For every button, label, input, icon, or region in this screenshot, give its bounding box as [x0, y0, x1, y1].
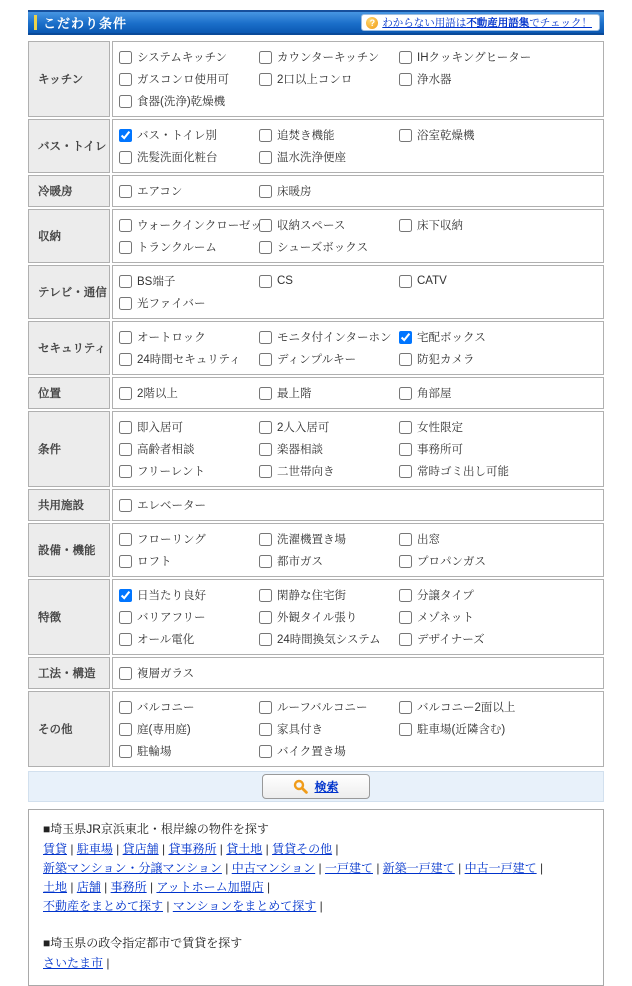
- condition-item[interactable]: フローリング: [119, 528, 259, 550]
- condition-item[interactable]: バルコニー: [119, 696, 259, 718]
- condition-item[interactable]: 24時間セキュリティ: [119, 348, 259, 370]
- condition-items: BS端子CSCATV光ファイバー: [112, 265, 604, 319]
- condition-checkbox[interactable]: [259, 533, 272, 546]
- condition-label: 駐車場(近隣含む): [417, 721, 505, 737]
- condition-checkbox[interactable]: [259, 555, 272, 568]
- condition-checkbox[interactable]: [399, 421, 412, 434]
- condition-checkbox[interactable]: [399, 533, 412, 546]
- footer-link[interactable]: さいたま市: [43, 956, 103, 970]
- condition-checkbox[interactable]: [259, 275, 272, 288]
- condition-label: 常時ゴミ出し可能: [417, 463, 509, 479]
- condition-item[interactable]: バイク置き場: [259, 740, 399, 762]
- criteria-row: キッチンシステムキッチンカウンターキッチンIHクッキングヒーターガスコンロ使用可…: [28, 41, 604, 117]
- condition-item[interactable]: システムキッチン: [119, 46, 259, 68]
- footer-link[interactable]: 中古一戸建て: [465, 861, 537, 875]
- condition-checkbox[interactable]: [259, 353, 272, 366]
- condition-label: 最上階: [277, 385, 312, 401]
- condition-checkbox[interactable]: [399, 73, 412, 86]
- condition-checkbox[interactable]: [399, 723, 412, 736]
- condition-items: フローリング洗濯機置き場出窓ロフト都市ガスプロパンガス: [112, 523, 604, 577]
- criteria-row: 収納ウォークインクローゼット収納スペース床下収納トランクルームシューズボックス: [28, 209, 604, 263]
- condition-items: バルコニールーフバルコニーバルコニー2面以上庭(専用庭)家具付き駐車場(近隣含む…: [112, 691, 604, 767]
- condition-checkbox[interactable]: [119, 331, 132, 344]
- condition-item[interactable]: オートロック: [119, 326, 259, 348]
- condition-item[interactable]: CS: [259, 270, 399, 292]
- condition-item[interactable]: 駐輪場: [119, 740, 259, 762]
- condition-label: ロフト: [137, 553, 172, 569]
- condition-label: 日当たり良好: [137, 587, 206, 603]
- link-separator: |: [163, 899, 173, 913]
- condition-item[interactable]: エレベーター: [119, 494, 259, 516]
- link-separator: |: [455, 861, 465, 875]
- link-separator: |: [222, 861, 232, 875]
- criteria-row: 設備・機能フローリング洗濯機置き場出窓ロフト都市ガスプロパンガス: [28, 523, 604, 577]
- condition-checkbox[interactable]: [119, 465, 132, 478]
- condition-checkbox[interactable]: [399, 353, 412, 366]
- footer-links-box: ■埼玉県JR京浜東北・根岸線の物件を探す賃貸 | 駐車場 | 貸店舗 | 貸事務…: [28, 809, 604, 986]
- condition-checkbox[interactable]: [259, 331, 272, 344]
- header-bar: こだわり条件 ? わからない用語は不動産用語集でチェック！: [28, 10, 604, 35]
- condition-checkbox[interactable]: [259, 73, 272, 86]
- footer-link[interactable]: 貸事務所: [168, 842, 216, 856]
- condition-checkbox[interactable]: [259, 387, 272, 400]
- footer-link-line: 新築マンション・分譲マンション | 中古マンション | 一戸建て | 新築一戸建…: [43, 859, 589, 878]
- category-label: 共用施設: [28, 489, 110, 521]
- condition-label: システムキッチン: [137, 49, 227, 65]
- condition-label: 浄水器: [417, 71, 452, 87]
- category-label: 条件: [28, 411, 110, 487]
- condition-label: CS: [277, 275, 293, 287]
- condition-label: フリーレント: [137, 463, 205, 479]
- glossary-text-bold: 不動産用語集: [466, 17, 529, 29]
- condition-item[interactable]: 複層ガラス: [119, 662, 259, 684]
- condition-item[interactable]: バルコニー2面以上: [399, 696, 599, 718]
- condition-checkbox[interactable]: [259, 611, 272, 624]
- category-label: 設備・機能: [28, 523, 110, 577]
- footer-section-title: ■埼玉県JR京浜東北・根岸線の物件を探す: [43, 820, 589, 839]
- condition-checkbox[interactable]: [119, 219, 132, 232]
- search-button[interactable]: 検索: [262, 774, 369, 799]
- footer-link-line: 土地 | 店舗 | 事務所 | アットホーム加盟店 |: [43, 878, 589, 897]
- condition-checkbox[interactable]: [119, 129, 132, 142]
- page: こだわり条件 ? わからない用語は不動産用語集でチェック！ キッチンシステムキッ…: [28, 10, 604, 986]
- condition-label: トランクルーム: [137, 239, 217, 255]
- condition-item[interactable]: 浄水器: [399, 68, 599, 90]
- category-label: バス・トイレ: [28, 119, 110, 173]
- condition-checkbox[interactable]: [119, 241, 132, 254]
- criteria-row: テレビ・通信BS端子CSCATV光ファイバー: [28, 265, 604, 319]
- criteria-row: その他バルコニールーフバルコニーバルコニー2面以上庭(専用庭)家具付き駐車場(近…: [28, 691, 604, 767]
- condition-label: 家具付き: [277, 721, 323, 737]
- condition-label: バイク置き場: [277, 743, 346, 759]
- condition-checkbox[interactable]: [399, 275, 412, 288]
- condition-checkbox[interactable]: [119, 51, 132, 64]
- condition-item[interactable]: 女性限定: [399, 416, 599, 438]
- condition-label: デザイナーズ: [417, 631, 485, 647]
- page-title: こだわり条件: [43, 13, 127, 32]
- condition-item[interactable]: 洗濯機置き場: [259, 528, 399, 550]
- condition-label: 24時間セキュリティ: [137, 351, 241, 367]
- condition-label: 食器(洗浄)乾燥機: [137, 93, 225, 109]
- condition-label: 24時間換気システム: [277, 631, 381, 647]
- condition-checkbox[interactable]: [259, 633, 272, 646]
- condition-checkbox[interactable]: [399, 387, 412, 400]
- condition-items: 日当たり良好閑静な住宅街分譲タイプバリアフリー外観タイル張りメゾネットオール電化…: [112, 579, 604, 655]
- condition-checkbox[interactable]: [259, 151, 272, 164]
- link-separator: |: [216, 842, 226, 856]
- condition-item[interactable]: 温水洗浄便座: [259, 146, 399, 168]
- category-label: 位置: [28, 377, 110, 409]
- condition-label: 高齢者相談: [137, 441, 195, 457]
- condition-item[interactable]: BS端子: [119, 270, 259, 292]
- footer-link-line: 賃貸 | 駐車場 | 貸店舗 | 貸事務所 | 貸土地 | 賃貸その他 |: [43, 840, 589, 859]
- condition-label: IHクッキングヒーター: [417, 49, 531, 65]
- search-icon: [293, 779, 308, 794]
- condition-label: 温水洗浄便座: [277, 149, 346, 165]
- footer-link[interactable]: 新築マンション・分譲マンション: [43, 861, 222, 875]
- category-label: 工法・構造: [28, 657, 110, 689]
- condition-item[interactable]: フリーレント: [119, 460, 259, 482]
- search-bar: 検索: [28, 771, 604, 802]
- condition-label: 外観タイル張り: [277, 609, 357, 625]
- condition-item[interactable]: メゾネット: [399, 606, 599, 628]
- condition-label: バリアフリー: [137, 609, 206, 625]
- condition-label: 2人入居可: [277, 419, 329, 435]
- link-separator: |: [262, 842, 272, 856]
- condition-item[interactable]: 浴室乾燥機: [399, 124, 599, 146]
- link-separator: |: [113, 842, 123, 856]
- condition-checkbox[interactable]: [259, 465, 272, 478]
- condition-label: フローリング: [137, 531, 206, 547]
- condition-label: BS端子: [137, 273, 175, 289]
- condition-label: 光ファイバー: [137, 295, 206, 311]
- condition-checkbox[interactable]: [259, 185, 272, 198]
- condition-label: 床暖房: [277, 183, 312, 199]
- condition-items: エレベーター: [112, 489, 604, 521]
- category-label: キッチン: [28, 41, 110, 117]
- condition-item[interactable]: エアコン: [119, 180, 259, 202]
- condition-item[interactable]: 閑静な住宅街: [259, 584, 399, 606]
- condition-label: 2階以上: [137, 385, 178, 401]
- condition-item[interactable]: 事務所可: [399, 438, 599, 460]
- condition-checkbox[interactable]: [119, 745, 132, 758]
- condition-item[interactable]: 洗髪洗面化粧台: [119, 146, 259, 168]
- link-separator: |: [264, 880, 274, 894]
- condition-label: 床下収納: [417, 217, 463, 233]
- condition-label: 洗濯機置き場: [277, 531, 346, 547]
- glossary-button[interactable]: ? わからない用語は不動産用語集でチェック！: [361, 14, 600, 31]
- condition-label: シューズボックス: [277, 239, 368, 255]
- condition-item[interactable]: 宅配ボックス: [399, 326, 599, 348]
- condition-checkbox[interactable]: [119, 297, 132, 310]
- condition-label: オートロック: [137, 329, 206, 345]
- link-separator: |: [67, 880, 77, 894]
- condition-label: 閑静な住宅街: [277, 587, 346, 603]
- condition-items: オートロックモニタ付インターホン宅配ボックス24時間セキュリティディンプルキー防…: [112, 321, 604, 375]
- footer-link[interactable]: 店舗: [77, 880, 101, 894]
- condition-label: 浴室乾燥機: [417, 127, 475, 143]
- footer-link-line: 不動産をまとめて探す | マンションをまとめて探す |: [43, 897, 589, 916]
- condition-label: ガスコンロ使用可: [137, 71, 229, 87]
- condition-checkbox[interactable]: [399, 555, 412, 568]
- category-label: 特徴: [28, 579, 110, 655]
- category-label: その他: [28, 691, 110, 767]
- link-separator: |: [537, 861, 547, 875]
- condition-checkbox[interactable]: [399, 51, 412, 64]
- condition-checkbox[interactable]: [399, 701, 412, 714]
- condition-label: 女性限定: [417, 419, 463, 435]
- condition-item[interactable]: IHクッキングヒーター: [399, 46, 599, 68]
- condition-checkbox[interactable]: [399, 589, 412, 602]
- condition-checkbox[interactable]: [259, 723, 272, 736]
- condition-label: バルコニー2面以上: [417, 699, 515, 715]
- condition-checkbox[interactable]: [399, 633, 412, 646]
- condition-item[interactable]: 二世帯向き: [259, 460, 399, 482]
- condition-label: 都市ガス: [277, 553, 323, 569]
- condition-item[interactable]: 分譲タイプ: [399, 584, 599, 606]
- footer-link[interactable]: アットホーム加盟店: [156, 880, 263, 894]
- category-label: 冷暖房: [28, 175, 110, 207]
- criteria-row: 条件即入居可2人入居可女性限定高齢者相談楽器相談事務所可フリーレント二世帯向き常…: [28, 411, 604, 487]
- condition-item[interactable]: 収納スペース: [259, 214, 399, 236]
- condition-item[interactable]: 外観タイル張り: [259, 606, 399, 628]
- link-separator: |: [332, 842, 342, 856]
- link-separator: |: [316, 899, 326, 913]
- footer-link[interactable]: 不動産をまとめて探す: [43, 899, 163, 913]
- footer-link[interactable]: 事務所: [111, 880, 147, 894]
- condition-checkbox[interactable]: [259, 219, 272, 232]
- condition-item[interactable]: ルーフバルコニー: [259, 696, 399, 718]
- condition-checkbox[interactable]: [119, 73, 132, 86]
- condition-label: 出窓: [417, 531, 440, 547]
- condition-item[interactable]: 都市ガス: [259, 550, 399, 572]
- condition-items: 2階以上最上階角部屋: [112, 377, 604, 409]
- link-separator: |: [101, 880, 111, 894]
- criteria-row: バス・トイレバス・トイレ別追焚き機能浴室乾燥機洗髪洗面化粧台温水洗浄便座: [28, 119, 604, 173]
- condition-checkbox[interactable]: [119, 353, 132, 366]
- condition-item[interactable]: 日当たり良好: [119, 584, 259, 606]
- condition-checkbox[interactable]: [259, 421, 272, 434]
- condition-label: 分譲タイプ: [417, 587, 474, 603]
- condition-label: 2口以上コンロ: [277, 71, 352, 87]
- condition-label: 楽器相談: [277, 441, 323, 457]
- condition-label: ルーフバルコニー: [277, 699, 368, 715]
- condition-checkbox[interactable]: [119, 701, 132, 714]
- search-button-label: 検索: [314, 778, 338, 795]
- footer-link[interactable]: 賃貸: [43, 842, 67, 856]
- glossary-button-label: わからない用語は不動産用語集でチェック！: [382, 15, 592, 30]
- condition-item[interactable]: カウンターキッチン: [259, 46, 399, 68]
- condition-item[interactable]: ガスコンロ使用可: [119, 68, 259, 90]
- footer-link[interactable]: 駐車場: [77, 842, 113, 856]
- condition-item[interactable]: 2人入居可: [259, 416, 399, 438]
- category-label: 収納: [28, 209, 110, 263]
- link-separator: |: [159, 842, 169, 856]
- condition-checkbox[interactable]: [259, 129, 272, 142]
- link-separator: |: [373, 861, 383, 875]
- criteria-row: セキュリティオートロックモニタ付インターホン宅配ボックス24時間セキュリティディ…: [28, 321, 604, 375]
- condition-label: ウォークインクローゼット: [137, 217, 273, 233]
- condition-items: システムキッチンカウンターキッチンIHクッキングヒーターガスコンロ使用可2口以上…: [112, 41, 604, 117]
- condition-item[interactable]: モニタ付インターホン: [259, 326, 399, 348]
- condition-item[interactable]: 角部屋: [399, 382, 599, 404]
- condition-item[interactable]: 追焚き機能: [259, 124, 399, 146]
- condition-item[interactable]: トランクルーム: [119, 236, 259, 258]
- condition-label: 収納スペース: [277, 217, 345, 233]
- condition-item[interactable]: 庭(専用庭): [119, 718, 259, 740]
- condition-label: 角部屋: [417, 385, 452, 401]
- condition-checkbox[interactable]: [119, 443, 132, 456]
- category-label: テレビ・通信: [28, 265, 110, 319]
- condition-item[interactable]: 即入居可: [119, 416, 259, 438]
- condition-checkbox[interactable]: [259, 443, 272, 456]
- condition-label: バルコニー: [137, 699, 195, 715]
- condition-item[interactable]: ディンプルキー: [259, 348, 399, 370]
- condition-checkbox[interactable]: [399, 443, 412, 456]
- condition-items: 即入居可2人入居可女性限定高齢者相談楽器相談事務所可フリーレント二世帯向き常時ゴ…: [112, 411, 604, 487]
- condition-label: 宅配ボックス: [417, 329, 486, 345]
- condition-item[interactable]: 食器(洗浄)乾燥機: [119, 90, 259, 112]
- condition-checkbox[interactable]: [259, 745, 272, 758]
- condition-items: エアコン床暖房: [112, 175, 604, 207]
- category-label: セキュリティ: [28, 321, 110, 375]
- condition-checkbox[interactable]: [399, 129, 412, 142]
- condition-item[interactable]: 床下収納: [399, 214, 599, 236]
- criteria-row: 冷暖房エアコン床暖房: [28, 175, 604, 207]
- condition-items: バス・トイレ別追焚き機能浴室乾燥機洗髪洗面化粧台温水洗浄便座: [112, 119, 604, 173]
- condition-item[interactable]: 24時間換気システム: [259, 628, 399, 650]
- footer-section-title: ■埼玉県の政令指定都市で賃貸を探す: [43, 934, 589, 953]
- question-icon: ?: [366, 17, 378, 29]
- condition-item[interactable]: バス・トイレ別: [119, 124, 259, 146]
- footer-link[interactable]: 新築一戸建て: [383, 861, 455, 875]
- condition-checkbox[interactable]: [399, 331, 412, 344]
- condition-label: エアコン: [137, 183, 182, 199]
- condition-label: ディンプルキー: [277, 351, 356, 367]
- condition-checkbox[interactable]: [119, 723, 132, 736]
- title-accent-bar: [34, 15, 37, 30]
- footer-link[interactable]: マンションをまとめて探す: [173, 899, 316, 913]
- condition-checkbox[interactable]: [119, 611, 132, 624]
- condition-item[interactable]: ウォークインクローゼット: [119, 214, 259, 236]
- condition-checkbox[interactable]: [119, 555, 132, 568]
- condition-item[interactable]: CATV: [399, 270, 599, 292]
- condition-checkbox[interactable]: [119, 185, 132, 198]
- condition-item[interactable]: 2口以上コンロ: [259, 68, 399, 90]
- condition-label: 複層ガラス: [137, 665, 194, 681]
- condition-checkbox[interactable]: [119, 151, 132, 164]
- condition-checkbox[interactable]: [399, 219, 412, 232]
- condition-checkbox[interactable]: [119, 667, 132, 680]
- condition-label: 駐輪場: [137, 743, 172, 759]
- condition-checkbox[interactable]: [119, 589, 132, 602]
- criteria-row: 位置2階以上最上階角部屋: [28, 377, 604, 409]
- condition-item[interactable]: 駐車場(近隣含む): [399, 718, 599, 740]
- footer-link[interactable]: 中古マンション: [232, 861, 315, 875]
- condition-label: モニタ付インターホン: [277, 329, 392, 345]
- footer-link[interactable]: 貸店舗: [123, 842, 159, 856]
- footer-link[interactable]: 賃貸その他: [272, 842, 332, 856]
- condition-checkbox[interactable]: [259, 589, 272, 602]
- condition-label: CATV: [417, 275, 447, 287]
- glossary-text-prefix: わからない用語は: [382, 17, 466, 29]
- criteria-row: 共用施設エレベーター: [28, 489, 604, 521]
- condition-item[interactable]: 高齢者相談: [119, 438, 259, 460]
- condition-checkbox[interactable]: [119, 95, 132, 108]
- condition-label: オール電化: [137, 631, 194, 647]
- link-separator: |: [315, 861, 325, 875]
- condition-checkbox[interactable]: [119, 421, 132, 434]
- condition-item[interactable]: 出窓: [399, 528, 599, 550]
- condition-label: 追焚き機能: [277, 127, 335, 143]
- condition-label: 即入居可: [137, 419, 183, 435]
- condition-item[interactable]: バリアフリー: [119, 606, 259, 628]
- condition-label: 庭(専用庭): [137, 721, 191, 737]
- criteria-row: 工法・構造複層ガラス: [28, 657, 604, 689]
- footer-link-line: さいたま市 |: [43, 954, 589, 973]
- condition-label: メゾネット: [417, 609, 474, 625]
- condition-checkbox[interactable]: [259, 51, 272, 64]
- link-separator: |: [67, 842, 77, 856]
- criteria-table: キッチンシステムキッチンカウンターキッチンIHクッキングヒーターガスコンロ使用可…: [28, 41, 604, 767]
- condition-items: ウォークインクローゼット収納スペース床下収納トランクルームシューズボックス: [112, 209, 604, 263]
- condition-checkbox[interactable]: [119, 533, 132, 546]
- condition-checkbox[interactable]: [119, 387, 132, 400]
- condition-label: プロパンガス: [417, 553, 486, 569]
- condition-checkbox[interactable]: [119, 633, 132, 646]
- condition-label: バス・トイレ別: [137, 127, 217, 143]
- condition-label: 二世帯向き: [277, 463, 335, 479]
- condition-item[interactable]: シューズボックス: [259, 236, 399, 258]
- condition-item[interactable]: 家具付き: [259, 718, 399, 740]
- glossary-text-suffix: でチェック！: [529, 17, 592, 29]
- condition-item[interactable]: 床暖房: [259, 180, 399, 202]
- condition-item[interactable]: ロフト: [119, 550, 259, 572]
- condition-item[interactable]: 2階以上: [119, 382, 259, 404]
- link-separator: |: [147, 880, 157, 894]
- condition-item[interactable]: デザイナーズ: [399, 628, 599, 650]
- condition-checkbox[interactable]: [259, 701, 272, 714]
- condition-item[interactable]: プロパンガス: [399, 550, 599, 572]
- footer-link[interactable]: 一戸建て: [325, 861, 373, 875]
- condition-label: 洗髪洗面化粧台: [137, 149, 218, 165]
- condition-checkbox[interactable]: [119, 499, 132, 512]
- condition-item[interactable]: 光ファイバー: [119, 292, 259, 314]
- condition-label: エレベーター: [137, 497, 206, 513]
- condition-checkbox[interactable]: [399, 465, 412, 478]
- footer-link[interactable]: 土地: [43, 880, 67, 894]
- footer-link[interactable]: 貸土地: [226, 842, 262, 856]
- condition-checkbox[interactable]: [399, 611, 412, 624]
- criteria-row: 特徴日当たり良好閑静な住宅街分譲タイプバリアフリー外観タイル張りメゾネットオール…: [28, 579, 604, 655]
- condition-item[interactable]: 最上階: [259, 382, 399, 404]
- condition-items: 複層ガラス: [112, 657, 604, 689]
- condition-checkbox[interactable]: [259, 241, 272, 254]
- link-separator: |: [103, 956, 113, 970]
- condition-checkbox[interactable]: [119, 275, 132, 288]
- condition-label: カウンターキッチン: [277, 49, 379, 65]
- condition-label: 防犯カメラ: [417, 351, 475, 367]
- condition-item[interactable]: 常時ゴミ出し可能: [399, 460, 599, 482]
- condition-item[interactable]: 防犯カメラ: [399, 348, 599, 370]
- condition-item[interactable]: オール電化: [119, 628, 259, 650]
- condition-label: 事務所可: [417, 441, 463, 457]
- condition-item[interactable]: 楽器相談: [259, 438, 399, 460]
